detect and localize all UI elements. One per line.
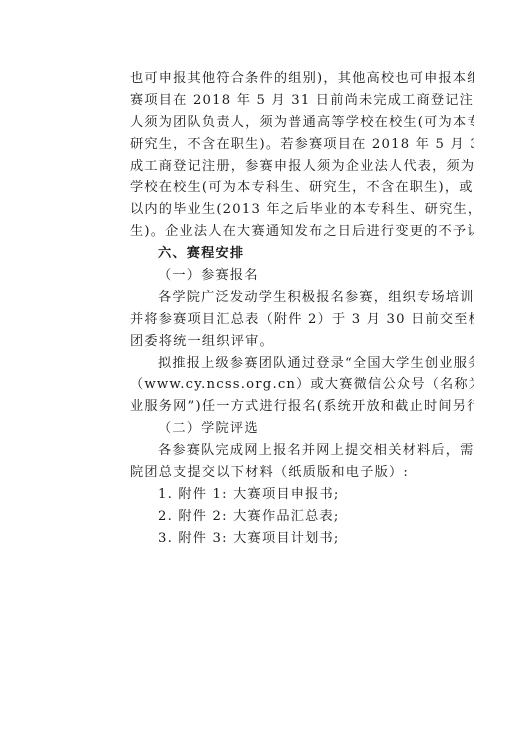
subsection-title-registration: （一）参赛报名 xyxy=(130,265,474,287)
text-line: 业服务网”)任一方式进行报名(系统开放和截止时间另行通知)。 xyxy=(130,396,474,418)
subsection-title-selection: （二）学院评选 xyxy=(130,418,474,440)
text-line: 各参赛队完成网上报名并网上提交相关材料后，需向所在学 xyxy=(130,440,474,462)
text-line: 学校在校生(可为本专科生、研究生，不含在职生)，或毕业 5 年 xyxy=(130,177,474,199)
text-line: 并将参赛项目汇总表（附件 2）于 3 月 30 日前交至校团委；校 xyxy=(130,309,474,331)
materials-list: 1. 附件 1: 大赛项目申报书; 2. 附件 2: 大赛作品汇总表; 3. 附… xyxy=(130,484,474,550)
text-line: 各学院广泛发动学生积极报名参赛，组织专场培训、报名， xyxy=(130,287,474,309)
text-line: （www.cy.ncss.org.cn）或大赛微信公众号（名称为“大学生创 xyxy=(130,374,474,396)
text-line: 人须为团队负责人，须为普通高等学校在校生(可为本专科生、 xyxy=(130,112,474,134)
section-heading: 六、赛程安排 xyxy=(130,243,474,265)
text-line: 赛项目在 2018 年 5 月 31 日前尚未完成工商登记注册，参赛申报 xyxy=(130,90,474,112)
text-line: 也可申报其他符合条件的组别)，其他高校也可申报本组。若参 xyxy=(130,68,474,90)
text-line: 以内的毕业生(2013 年之后毕业的本专科生、研究生，不含在职 xyxy=(130,199,474,221)
text-line: 生)。企业法人在大赛通知发布之日后进行变更的不予认可。 xyxy=(130,221,474,243)
text-line: 研究生，不含在职生)。若参赛项目在 2018 年 5 月 31 日前已完 xyxy=(130,134,474,156)
list-item: 2. 附件 2: 大赛作品汇总表; xyxy=(130,506,474,528)
eligibility-paragraph: 也可申报其他符合条件的组别)，其他高校也可申报本组。若参 赛项目在 2018 年… xyxy=(130,68,474,243)
text-line: 院团总支提交以下材料（纸质版和电子版）: xyxy=(130,462,474,484)
text-line: 团委将统一组织评审。 xyxy=(130,331,474,353)
list-item: 1. 附件 1: 大赛项目申报书; xyxy=(130,484,474,506)
text-line: 拟推报上级参赛团队通过登录“全国大学生创业服务网” xyxy=(130,353,474,375)
registration-paragraph-2: 拟推报上级参赛团队通过登录“全国大学生创业服务网” （www.cy.ncss.o… xyxy=(130,353,474,419)
registration-paragraph-1: 各学院广泛发动学生积极报名参赛，组织专场培训、报名， 并将参赛项目汇总表（附件 … xyxy=(130,287,474,353)
selection-paragraph: 各参赛队完成网上报名并网上提交相关材料后，需向所在学 院团总支提交以下材料（纸质… xyxy=(130,440,474,484)
list-item: 3. 附件 3: 大赛项目计划书; xyxy=(130,528,474,550)
text-line: 成工商登记注册，参赛申报人须为企业法人代表，须为普通高等 xyxy=(130,156,474,178)
document-page: 也可申报其他符合条件的组别)，其他高校也可申报本组。若参 赛项目在 2018 年… xyxy=(130,68,474,550)
